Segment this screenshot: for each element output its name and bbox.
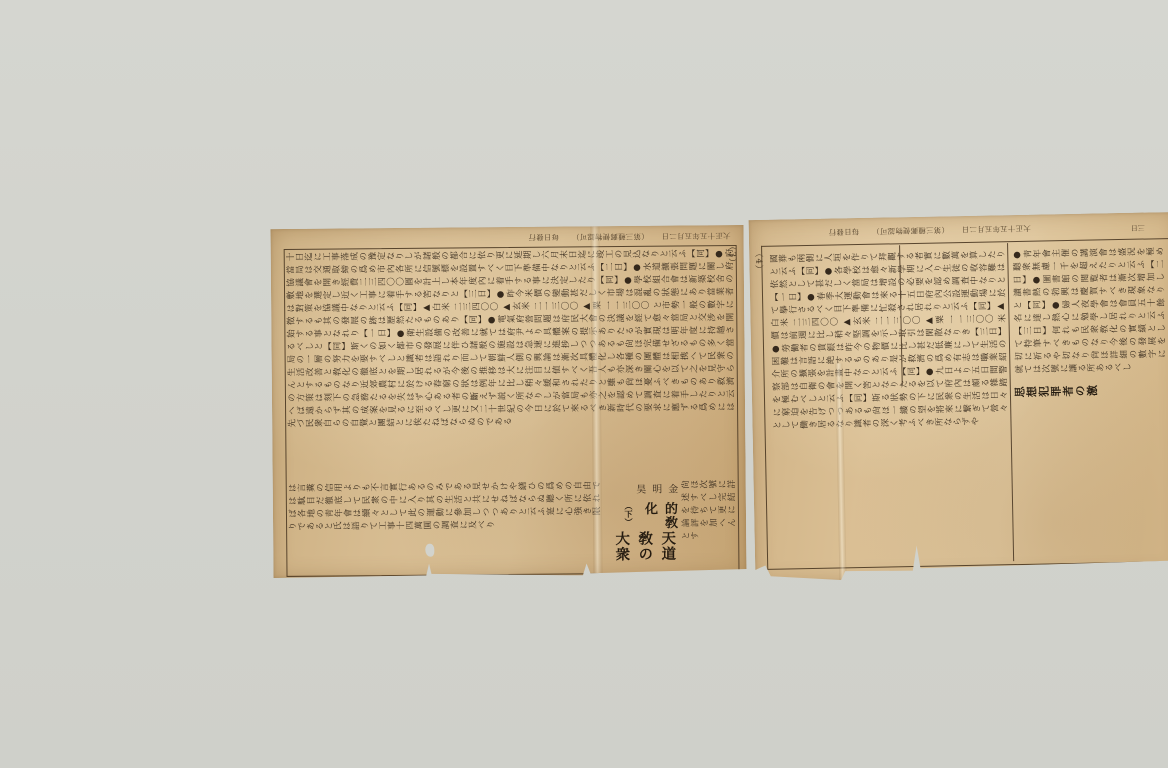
page4-issue-note: 每日發行	[828, 227, 859, 237]
newspaper-clipping-page3: 大正十五年五月二日 （第三種郵便物認可） 每日發行 （3） 十日迄に工事落成の豫…	[270, 225, 746, 578]
page4-subheadline: 思想犯罪者の激增	[1014, 383, 1098, 401]
page3-body-bottom-right-text: 尙ほ次號に詳述すべし完結を待ちて更に論評を加へんとす	[681, 479, 737, 569]
page4-date: 大正十五年五月二日	[961, 224, 1030, 234]
page3-article-headline: 天道敎の大衆 的敎化（下） 金明昊	[603, 478, 680, 573]
page3-issue-note: 每日發行	[528, 233, 559, 242]
headline-part-label: （下）	[624, 502, 634, 526]
page4-permit: （第三種郵便物認可）	[872, 225, 949, 235]
photo-of-newspaper-clippings: 大正十五年五月二日 （第三種郵便物認可） 每日發行 （3） 十日迄に工事落成の豫…	[0, 0, 1168, 768]
page3-tear-hole	[425, 544, 434, 557]
page3-permit: （第三種郵便物認可）	[572, 232, 649, 242]
newspaper-clipping-page4: 大正十五年五月二日 （第三種郵便物認可） 每日發行 三日 （4） 國葬も兩側に人…	[749, 212, 1168, 583]
headline-author: 金明昊	[603, 478, 679, 503]
page3-body-top: 十日迄に工事落成の豫定なりしが諸般の都合に依り更に延期し六月末日迄に竣工の見込な…	[286, 248, 736, 482]
page4-subheadline-text: 思想犯罪者の激增	[1014, 383, 1098, 401]
page3-body-top-text: 十日迄に工事落成の豫定なりしが諸般の都合に依り更に延期し六月末日迄に竣工の見込な…	[286, 248, 736, 482]
page4-body-left-text: 國葬も兩側に人垣を作りて拜觀する者實に數萬を算したりと云ふ【同】●各學校は愈々新…	[769, 249, 1011, 549]
page3-body-bottom-left: は言糞の信用よりも不言實行あるのみである見せかけや繕ひの爲めの自由では駄目だ徹底…	[288, 480, 602, 573]
page3-date: 大正十五年五月二日	[661, 231, 730, 241]
headline-line2: 的敎化（下）	[603, 502, 679, 532]
page3-body-bottom-right: 尙ほ次號に詳述すべし完結を待ちて更に論評を加へんとす	[681, 479, 737, 569]
page3-body-bottom-left-text: は言糞の信用よりも不言實行あるのみである見せかけや繕ひの爲めの自由では駄目だ徹底…	[288, 480, 602, 573]
headline-line1: 天道敎の大衆	[603, 531, 679, 572]
page4-body-left-section: 國葬も兩側に人垣を作りて拜觀する者實に數萬を算したりと云ふ【同】●各學校は愈々新…	[769, 249, 1011, 549]
page4-running-head: 大正十五年五月二日 （第三種郵便物認可） 每日發行	[835, 223, 1031, 238]
page3-surface: 大正十五年五月二日 （第三種郵便物認可） 每日發行 （3） 十日迄に工事落成の豫…	[270, 225, 746, 578]
page3-running-head: 大正十五年五月二日 （第三種郵便物認可） 每日發行	[559, 230, 731, 243]
page4-corner-note: 三日	[1131, 223, 1145, 233]
page4-surface: 大正十五年五月二日 （第三種郵便物認可） 每日發行 三日 （4） 國葬も兩側に人…	[749, 212, 1168, 583]
